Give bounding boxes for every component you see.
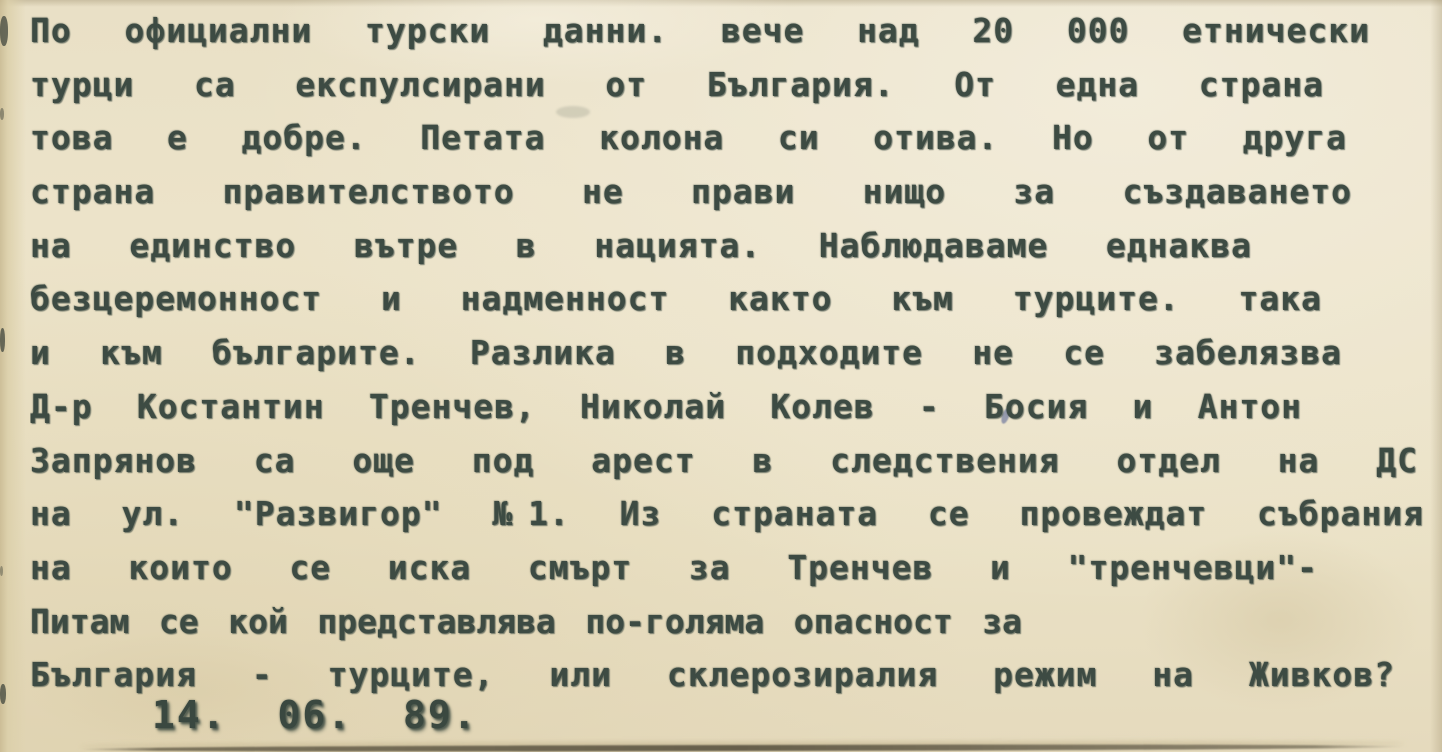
text-line-1: По официални турски данни. вече над 20 0… <box>30 4 1442 58</box>
text-line-12: Питам се кой представлява по-голяма опас… <box>30 595 1442 649</box>
text-line-7: и към българите. Разлика в подходите не … <box>30 326 1442 380</box>
paper-speck <box>0 108 4 120</box>
text-line-11: на които се иска смърт за Тренчев и "тре… <box>30 541 1442 595</box>
text-line-6: безцеремонност и надменност както към ту… <box>30 272 1442 326</box>
text-line-10: на ул. "Развигор" №1. Из страната се про… <box>30 487 1442 541</box>
paper-speck <box>0 328 5 352</box>
paper-speck <box>0 684 6 704</box>
paper-speck <box>0 16 8 46</box>
text-line-2: турци са експулсирани от България. От ед… <box>30 58 1442 112</box>
typewritten-text: По официални турски данни. вече над 20 0… <box>30 4 1442 702</box>
document-page: По официални турски данни. вече над 20 0… <box>0 0 1442 752</box>
text-line-3: това е добре. Петата колона си отива. Но… <box>30 111 1442 165</box>
text-line-8: Д-р Костантин Тренчев, Николай Колев - Б… <box>30 380 1442 434</box>
text-line-5: на единство вътре в нацията. Наблюдаваме… <box>30 219 1442 273</box>
text-line-4: страна правителството не прави нищо за с… <box>30 165 1442 219</box>
text-line-9: Запрянов са още под арест в следствения … <box>30 434 1442 488</box>
paper-speck <box>0 566 3 576</box>
date-stamp: 14. 06. 89. <box>152 690 478 740</box>
paper-edge-bottom <box>78 744 1406 752</box>
